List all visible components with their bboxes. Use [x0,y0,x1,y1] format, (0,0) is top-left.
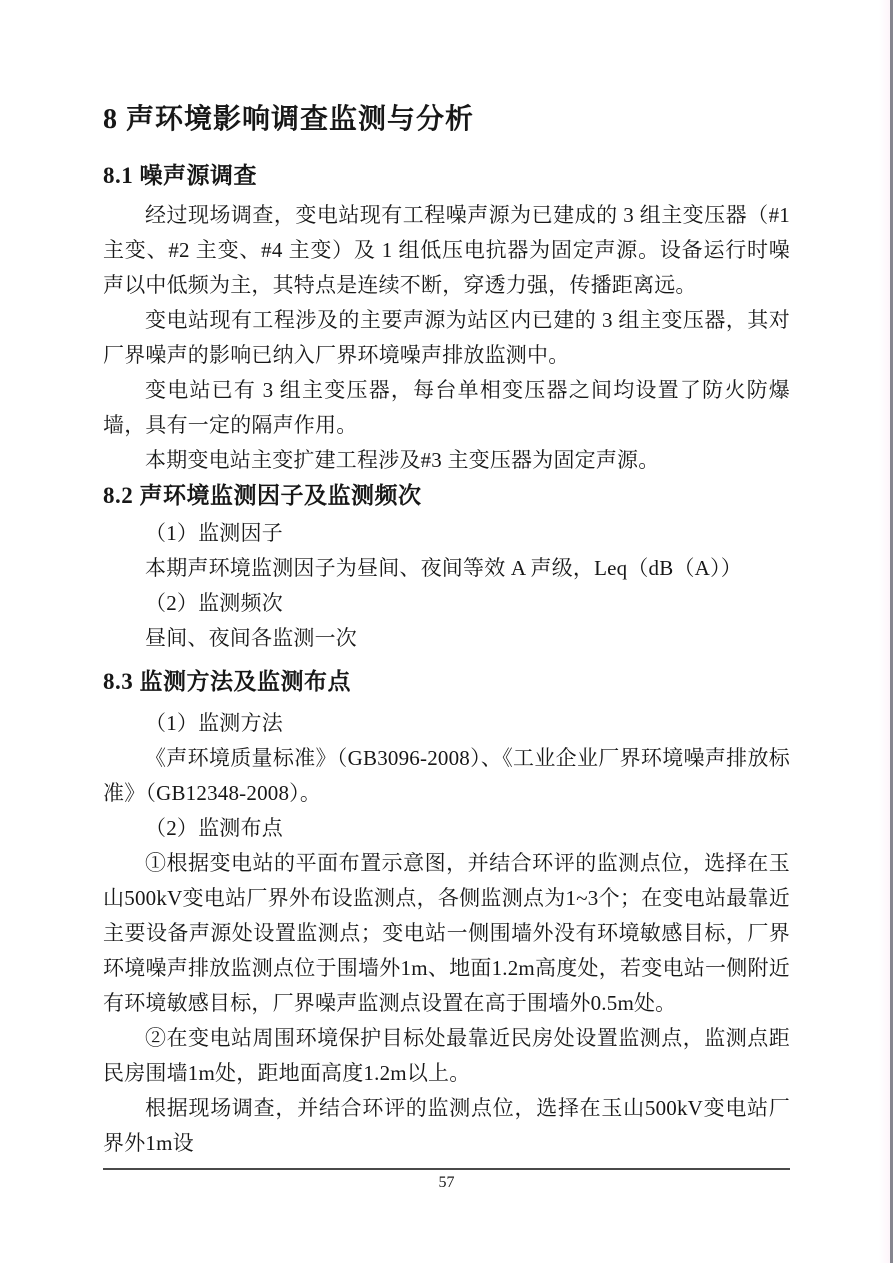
paragraph-monitor-frequency: 昼间、夜间各监测一次 [103,621,790,656]
section-heading-8-1: 8.1 噪声源调查 [103,160,790,192]
chapter-heading: 8 声环境影响调查监测与分析 [103,102,790,138]
paragraph-noise-source-survey: 经过现场调查，变电站现有工程噪声源为已建成的 3 组主变压器（#1 主变、#2 … [103,198,790,303]
paragraph-monitor-method-label: （1）监测方法 [103,706,790,741]
page-content: 8 声环境影响调查监测与分析 8.1 噪声源调查 经过现场调查，变电站现有工程噪… [103,0,790,1161]
paragraph-firewall: 变电站已有 3 组主变压器，每台单相变压器之间均设置了防火防爆墙，具有一定的隔声… [103,373,790,443]
paragraph-monitor-method-standards: 《声环境质量标准》（GB3096-2008）、《工业企业厂界环境噪声排放标准》（… [103,741,790,811]
paragraph-expansion-source: 本期变电站主变扩建工程涉及#3 主变压器为固定声源。 [103,443,790,478]
section-heading-8-3: 8.3 监测方法及监测布点 [103,666,790,698]
page-footer: 57 [103,1168,790,1193]
window-right-border [879,0,893,1263]
paragraph-site-survey: 根据现场调查，并结合环评的监测点位，选择在玉山500kV变电站厂界外1m设 [103,1091,790,1161]
paragraph-monitor-frequency-label: （2）监测频次 [103,586,790,621]
document-page: 8 声环境影响调查监测与分析 8.1 噪声源调查 经过现场调查，变电站现有工程噪… [0,0,893,1263]
paragraph-monitor-factor: 本期声环境监测因子为昼间、夜间等效 A 声级，Leq（dB（A）） [103,551,790,586]
paragraph-monitor-points-2: ②在变电站周围环境保护目标处最靠近民房处设置监测点，监测点距民房围墙1m处，距地… [103,1021,790,1091]
section-heading-8-2: 8.2 声环境监测因子及监测频次 [103,480,790,512]
paragraph-monitor-factor-label: （1）监测因子 [103,516,790,551]
paragraph-monitor-points-label: （2）监测布点 [103,811,790,846]
page-number: 57 [439,1173,455,1193]
paragraph-monitor-points-1: ①根据变电站的平面布置示意图，并结合环评的监测点位，选择在玉山500kV变电站厂… [103,846,790,1021]
paragraph-existing-sources: 变电站现有工程涉及的主要声源为站区内已建的 3 组主变压器，其对厂界噪声的影响已… [103,303,790,373]
